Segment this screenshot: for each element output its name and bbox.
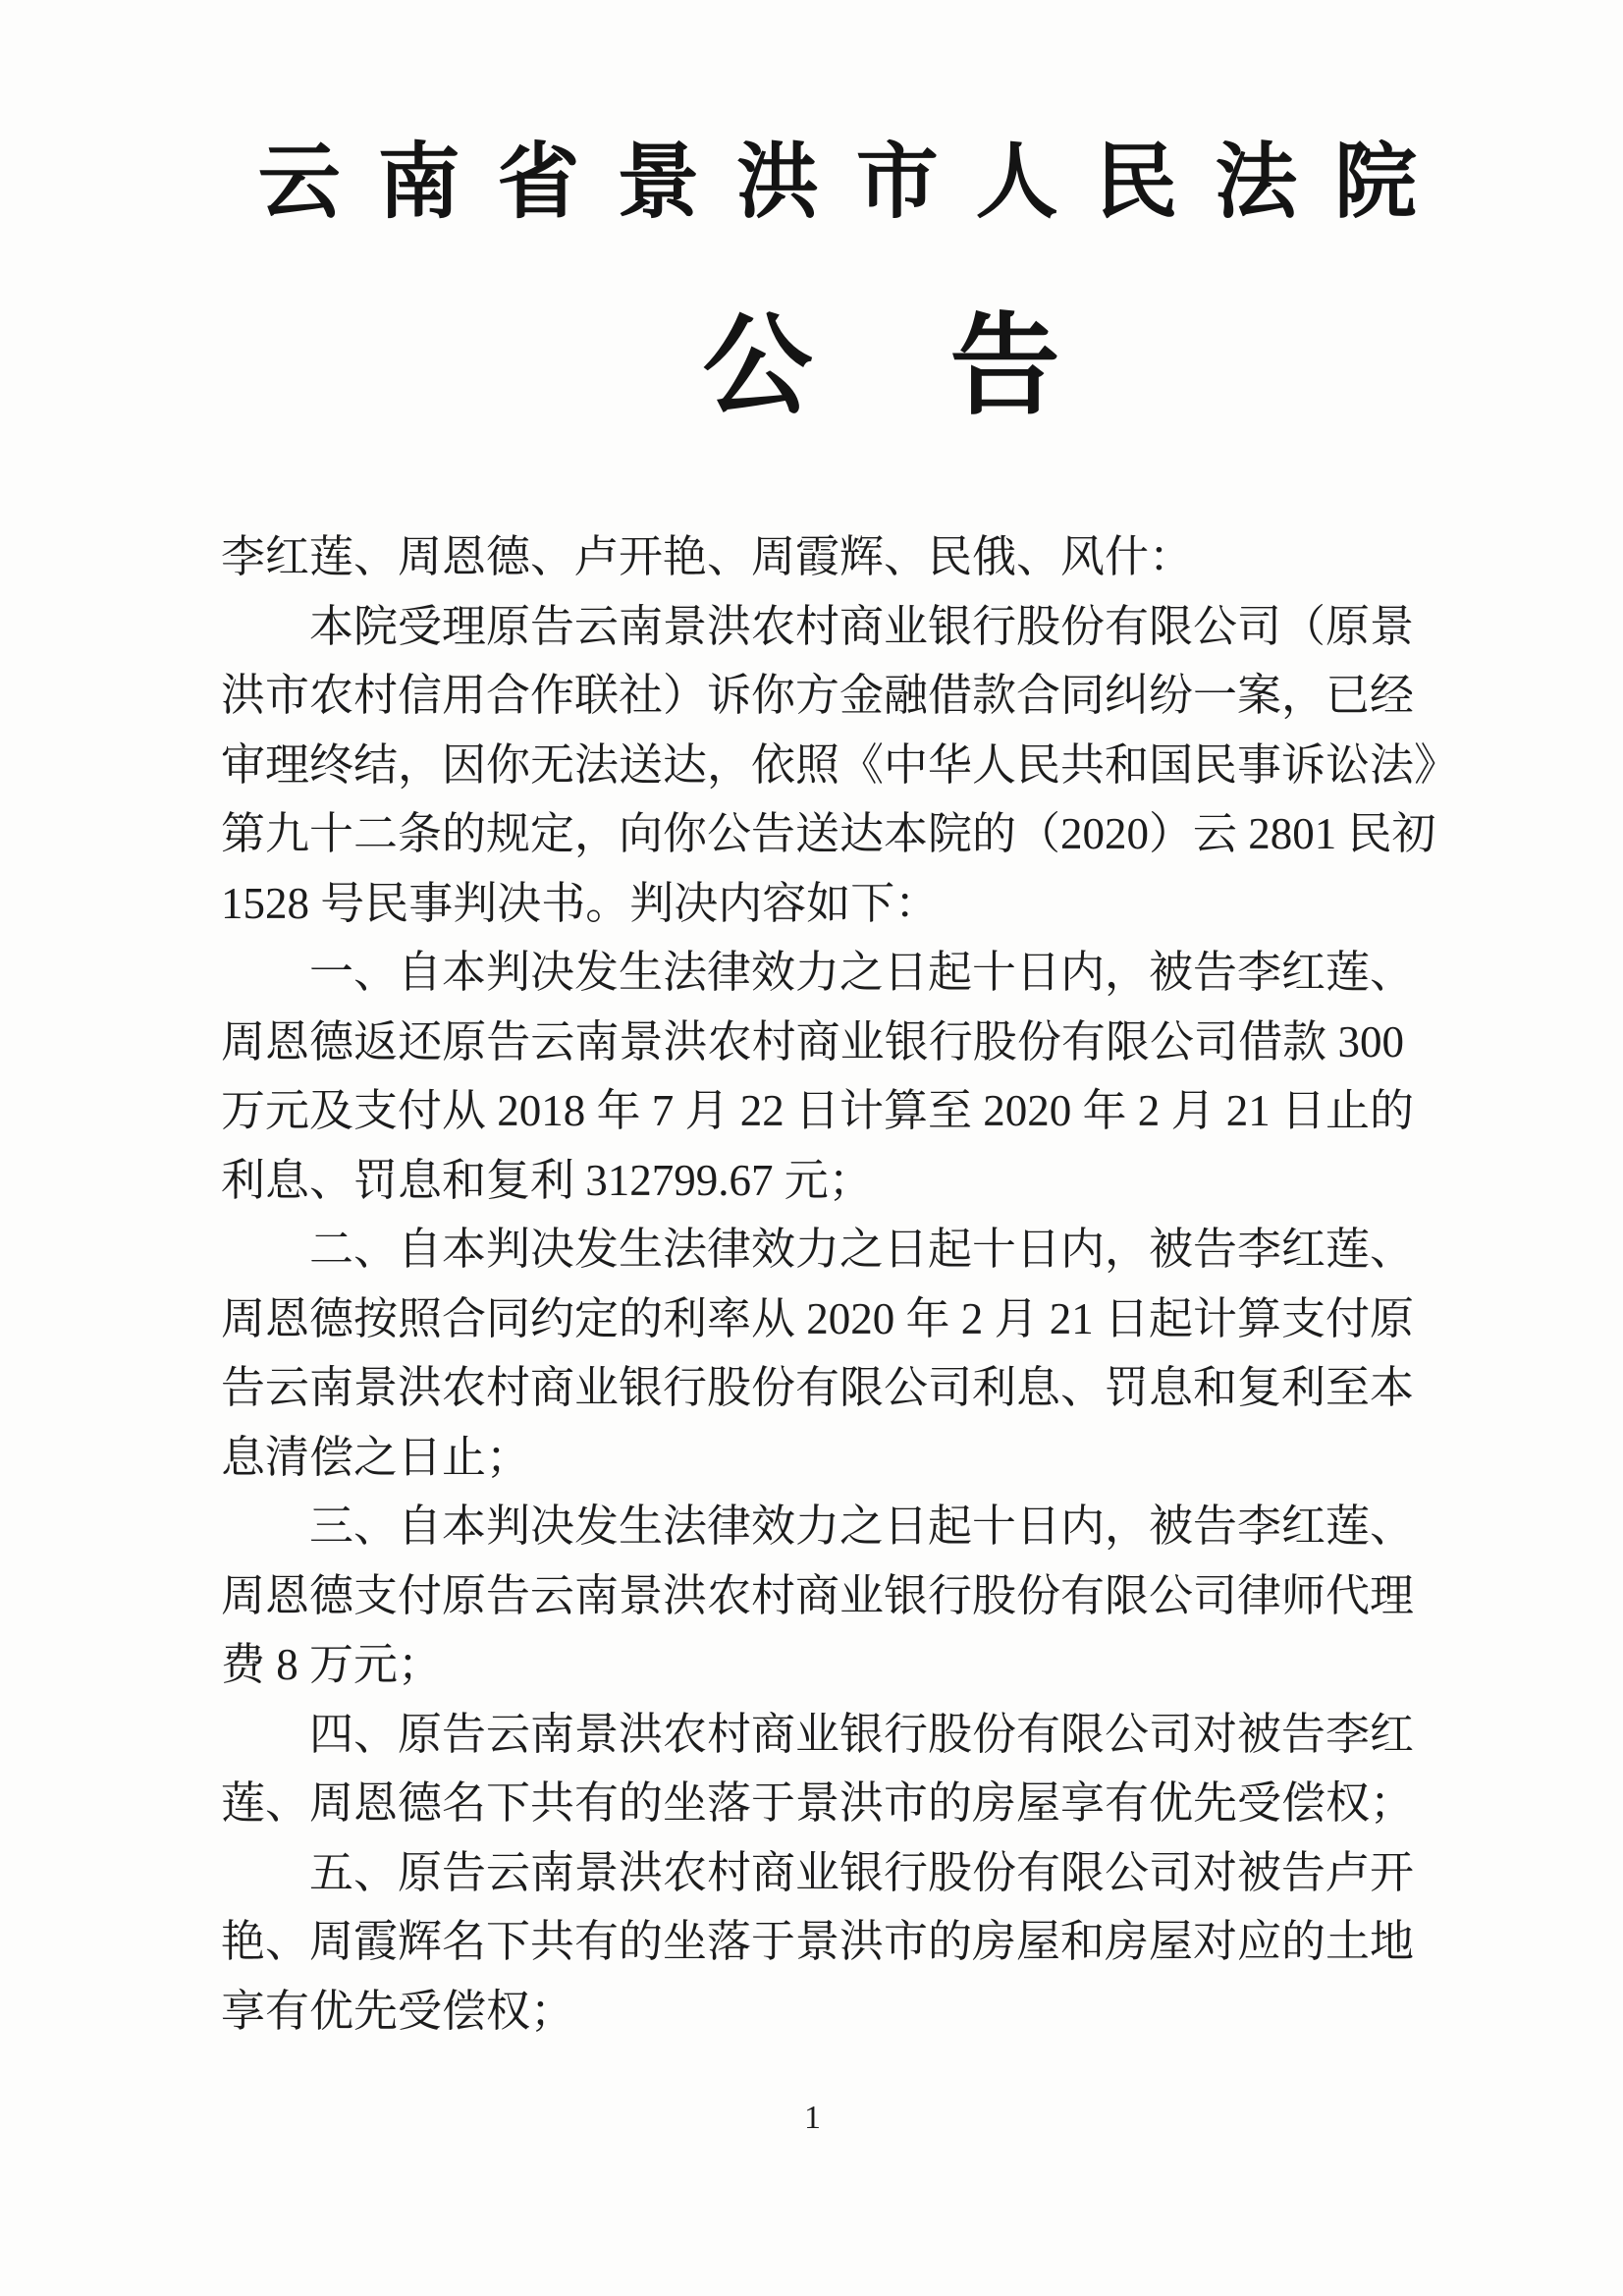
body-line: 费 8 万元；: [221, 1630, 1404, 1700]
body-line: 本院受理原告云南景洪农村商业银行股份有限公司（原景: [221, 592, 1404, 662]
body-line: 万元及支付从 2018 年 7 月 22 日计算至 2020 年 2 月 21 …: [221, 1076, 1404, 1146]
body-line: 告云南景洪农村商业银行股份有限公司利息、罚息和复利至本: [221, 1353, 1404, 1423]
body-line: 五、原告云南景洪农村商业银行股份有限公司对被告卢开: [221, 1838, 1404, 1908]
body-line: 莲、周恩德名下共有的坐落于景洪市的房屋享有优先受偿权；: [221, 1769, 1404, 1838]
body-line: 李红莲、周恩德、卢开艳、周霞辉、民俄、风什：: [221, 522, 1404, 592]
document-body: 李红莲、周恩德、卢开艳、周霞辉、民俄、风什：本院受理原告云南景洪农村商业银行股份…: [221, 522, 1404, 2046]
body-line: 第九十二条的规定，向你公告送达本院的（2020）云 2801 民初: [221, 799, 1404, 869]
body-line: 艳、周霞辉名下共有的坐落于景洪市的房屋和房屋对应的土地: [221, 1907, 1404, 1977]
body-line: 一、自本判决发生法律效力之日起十日内，被告李红莲、: [221, 938, 1404, 1008]
body-line: 三、自本判决发生法律效力之日起十日内，被告李红莲、: [221, 1492, 1404, 1561]
body-line: 周恩德返还原告云南景洪农村商业银行股份有限公司借款 300: [221, 1008, 1404, 1077]
body-line: 洪市农村信用合作联社）诉你方金融借款合同纠纷一案，已经: [221, 661, 1404, 731]
body-line: 二、自本判决发生法律效力之日起十日内，被告李红莲、: [221, 1215, 1404, 1285]
body-line: 周恩德按照合同约定的利率从 2020 年 2 月 21 日起计算支付原: [221, 1285, 1404, 1354]
page-number: 1: [221, 2100, 1404, 2137]
body-line: 四、原告云南景洪农村商业银行股份有限公司对被告李红: [221, 1700, 1404, 1770]
notice-title: 公告: [221, 278, 1542, 436]
body-line: 利息、罚息和复利 312799.67 元；: [221, 1146, 1404, 1216]
body-line: 享有优先受偿权；: [221, 1977, 1404, 2047]
court-name-heading: 云南省景洪市人民法院: [221, 116, 1441, 235]
body-line: 周恩德支付原告云南景洪农村商业银行股份有限公司律师代理: [221, 1561, 1404, 1631]
document-page: 云南省景洪市人民法院 公告 李红莲、周恩德、卢开艳、周霞辉、民俄、风什：本院受理…: [0, 0, 1623, 2296]
body-line: 1528 号民事判决书。判决内容如下：: [221, 869, 1404, 939]
body-line: 息清偿之日止；: [221, 1423, 1404, 1493]
body-line: 审理终结，因你无法送达，依照《中华人民共和国民事诉讼法》: [221, 731, 1404, 800]
